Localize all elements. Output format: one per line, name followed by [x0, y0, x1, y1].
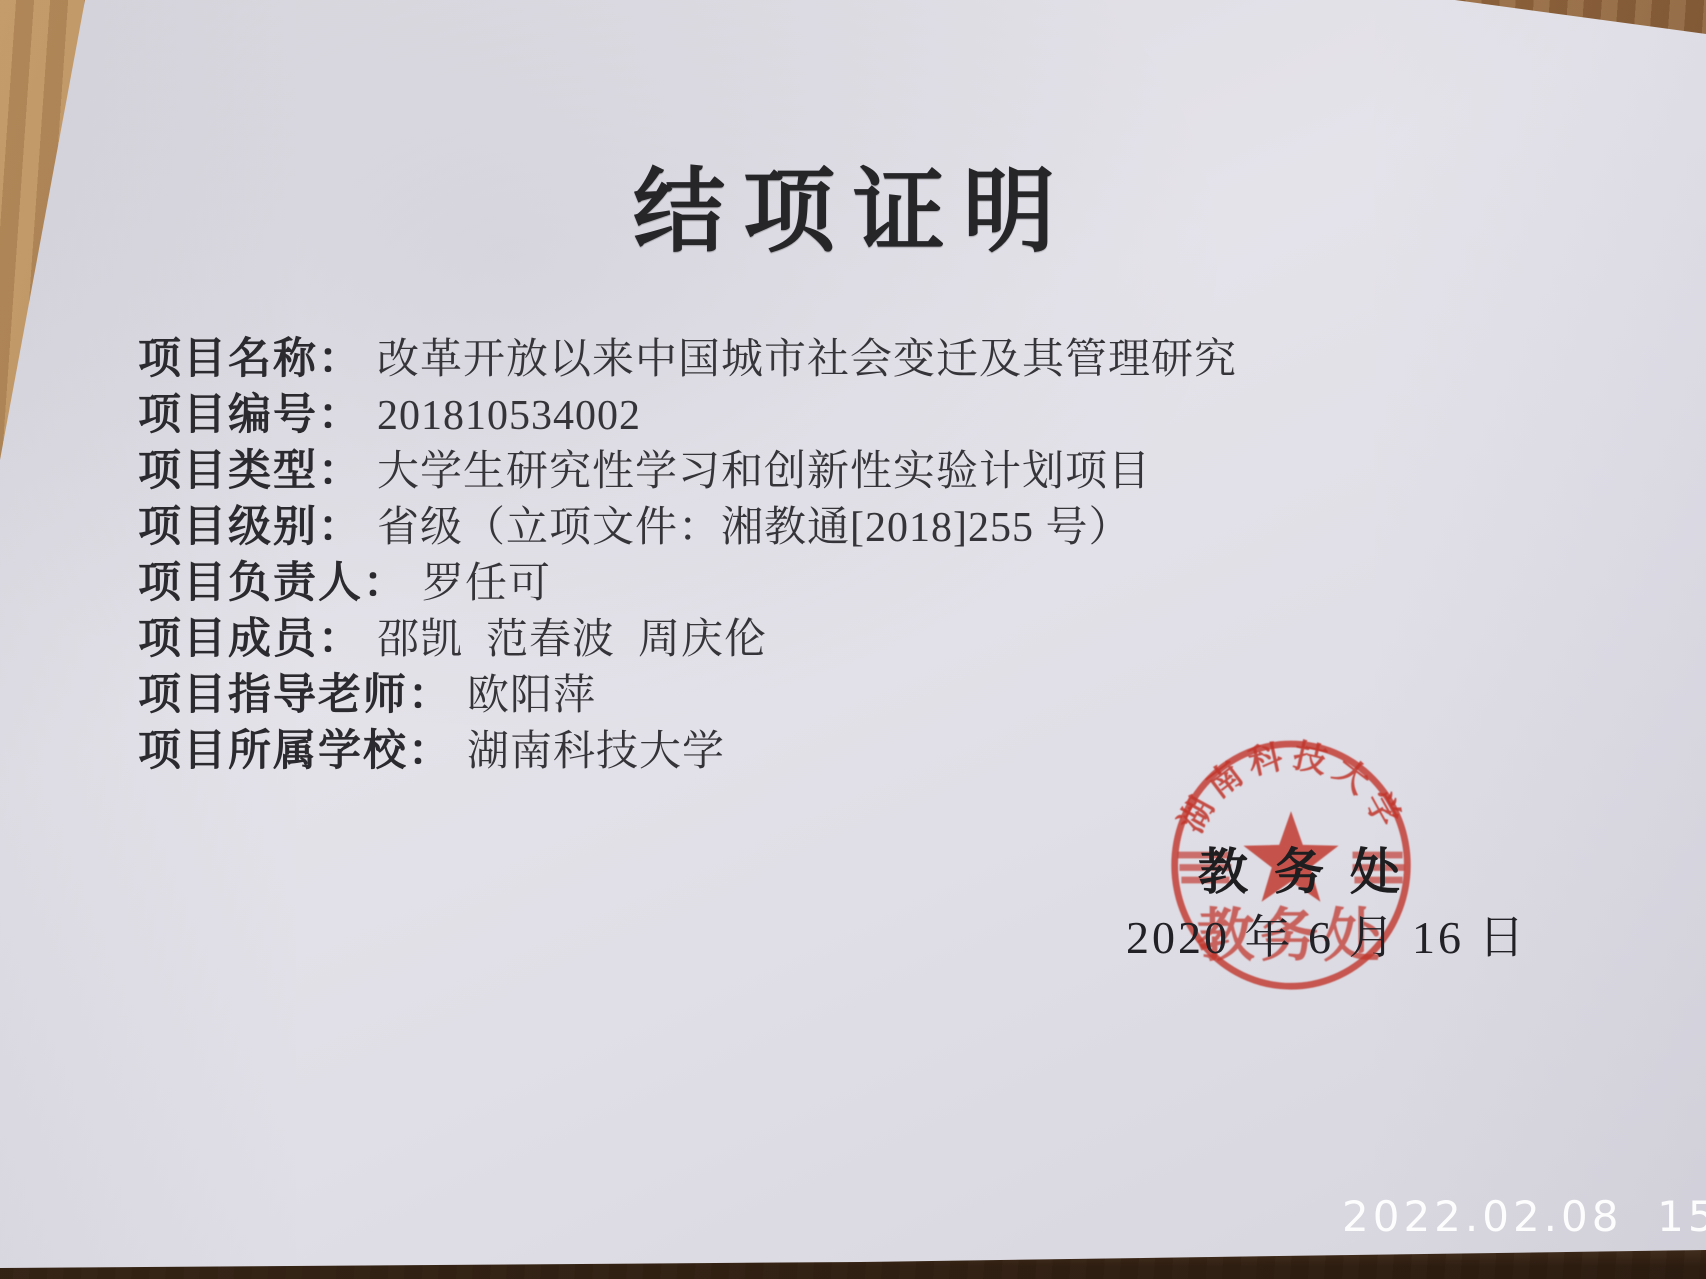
issuer-department: 教务处	[1198, 832, 1426, 904]
field-label: 项目编号：	[138, 387, 363, 443]
field-row-project-number: 项目编号： 201810534002	[138, 387, 1498, 443]
field-label: 项目名称：	[138, 331, 363, 387]
field-label: 项目指导老师：	[138, 667, 453, 723]
field-value: 欧阳萍	[467, 668, 596, 724]
field-value: 省级（立项文件：湘教通[2018]255 号）	[377, 500, 1131, 556]
field-row-project-type: 项目类型： 大学生研究性学习和创新性实验计划项目	[138, 443, 1498, 499]
camera-timestamp: 2022.02.08 15:30	[1342, 1192, 1706, 1241]
field-row-project-name: 项目名称： 改革开放以来中国城市社会变迁及其管理研究	[138, 331, 1498, 387]
certificate-paper: 结项证明 项目名称： 改革开放以来中国城市社会变迁及其管理研究 项目编号： 20…	[0, 0, 1706, 1279]
field-label: 项目级别：	[138, 499, 363, 555]
field-label: 项目成员：	[138, 611, 363, 667]
certificate-fields: 项目名称： 改革开放以来中国城市社会变迁及其管理研究 项目编号： 2018105…	[138, 331, 1498, 779]
field-row-project-level: 项目级别： 省级（立项文件：湘教通[2018]255 号）	[138, 499, 1498, 555]
field-value: 罗任可	[422, 556, 551, 612]
field-value: 湖南科技大学	[467, 724, 725, 780]
field-label: 项目负责人：	[138, 555, 408, 611]
field-value: 201810534002	[377, 388, 641, 444]
field-value: 邵凯 范春波 周庆伦	[377, 612, 767, 668]
issue-date: 2020 年 6 月 16 日	[1126, 901, 1528, 967]
field-label: 项目类型：	[138, 443, 363, 499]
field-value: 改革开放以来中国城市社会变迁及其管理研究	[377, 332, 1237, 388]
field-row-project-members: 项目成员： 邵凯 范春波 周庆伦	[138, 611, 1498, 667]
field-row-project-advisor: 项目指导老师： 欧阳萍	[138, 667, 1498, 723]
field-label: 项目所属学校：	[138, 723, 453, 779]
field-row-project-leader: 项目负责人： 罗任可	[138, 555, 1498, 611]
certificate-title: 结项证明	[0, 138, 1706, 270]
field-value: 大学生研究性学习和创新性实验计划项目	[377, 444, 1151, 500]
